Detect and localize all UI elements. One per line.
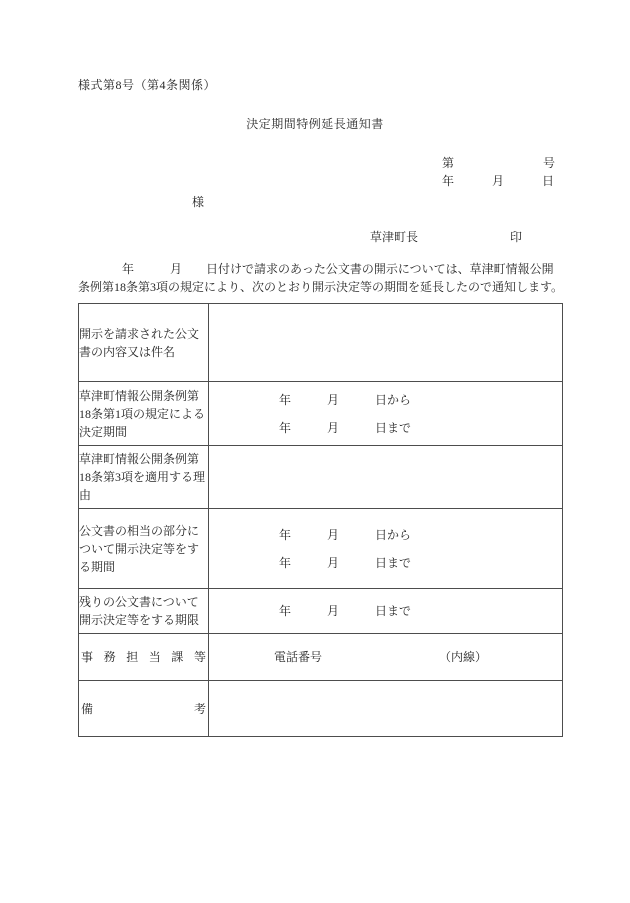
date-month-label: 月 (492, 172, 504, 189)
row1-label: 開示を請求された公文書の内容又は件名 (79, 304, 209, 382)
row4-label: 公文書の相当の部分について開示決定等をする期間 (79, 509, 209, 589)
row5-label: 残りの公文書について開示決定等をする期限 (79, 589, 209, 634)
issuer-name: 草津町長 (370, 228, 418, 245)
body-line-1: 年 月 日付けで請求のあった公文書の開示については、草津町情報公開 (78, 260, 578, 278)
seal-mark: 印 (510, 228, 522, 245)
table-row: 備考 (79, 681, 563, 737)
row5-content-cell: 年 月 日まで (209, 589, 563, 634)
table-row: 公文書の相当の部分について開示決定等をする期間 年 月 日から 年 月 日まで (79, 509, 563, 589)
row5-date-limit: 年 月 日まで (209, 602, 562, 620)
row7-label-cell: 備考 (79, 681, 209, 737)
row2-label: 草津町情報公開条例第18条第1項の規定による決定期間 (79, 382, 209, 446)
row4-content-cell: 年 月 日から 年 月 日まで (209, 509, 563, 589)
table-row: 残りの公文書について開示決定等をする期限 年 月 日まで (79, 589, 563, 634)
table-row: 事務担当課等 電話番号 （内線） (79, 634, 563, 681)
row3-content-cell (209, 446, 563, 509)
row7-content-cell (209, 681, 563, 737)
row7-label: 備考 (79, 700, 208, 718)
row2-date-from: 年 月 日から (279, 391, 562, 409)
phone-number-label: 電話番号 (274, 648, 322, 666)
row4-date-from: 年 月 日から (279, 526, 562, 544)
date-year-label: 年 (442, 172, 454, 189)
body-paragraph: 年 月 日付けで請求のあった公文書の開示については、草津町情報公開 条例第18条… (78, 260, 578, 296)
doc-number-suffix: 号 (543, 154, 555, 171)
row6-label: 事務担当課等 (79, 648, 208, 666)
document-number-line: 第 号 (442, 154, 555, 171)
row2-date-to: 年 月 日まで (279, 419, 562, 437)
notification-form-page: 様式第8号（第4条関係） 決定期間特例延長通知書 第 号 年 月 日 様 草津町… (0, 0, 630, 903)
row2-content-cell: 年 月 日から 年 月 日まで (209, 382, 563, 446)
row1-content-cell (209, 304, 563, 382)
extension-label: （内線） (439, 648, 487, 666)
row6-label-cell: 事務担当課等 (79, 634, 209, 681)
table-row: 開示を請求された公文書の内容又は件名 (79, 304, 563, 382)
row6-content-cell: 電話番号 （内線） (209, 634, 563, 681)
date-day-label: 日 (542, 172, 554, 189)
row4-date-to: 年 月 日まで (279, 554, 562, 572)
body-line-2: 条例第18条第3項の規定により、次のとおり開示決定等の期間を延長したので通知しま… (78, 278, 578, 296)
form-table: 開示を請求された公文書の内容又は件名 草津町情報公開条例第18条第1項の規定によ… (78, 303, 563, 737)
row3-label: 草津町情報公開条例第18条第3項を適用する理由 (79, 446, 209, 509)
recipient-honorific: 様 (192, 193, 204, 210)
doc-number-prefix: 第 (442, 154, 454, 171)
date-line: 年 月 日 (442, 172, 554, 189)
issuer-line: 草津町長 印 (370, 228, 522, 245)
table-row: 草津町情報公開条例第18条第3項を適用する理由 (79, 446, 563, 509)
form-number: 様式第8号（第4条関係） (78, 76, 216, 93)
table-row: 草津町情報公開条例第18条第1項の規定による決定期間 年 月 日から 年 月 日… (79, 382, 563, 446)
document-title: 決定期間特例延長通知書 (0, 115, 630, 132)
